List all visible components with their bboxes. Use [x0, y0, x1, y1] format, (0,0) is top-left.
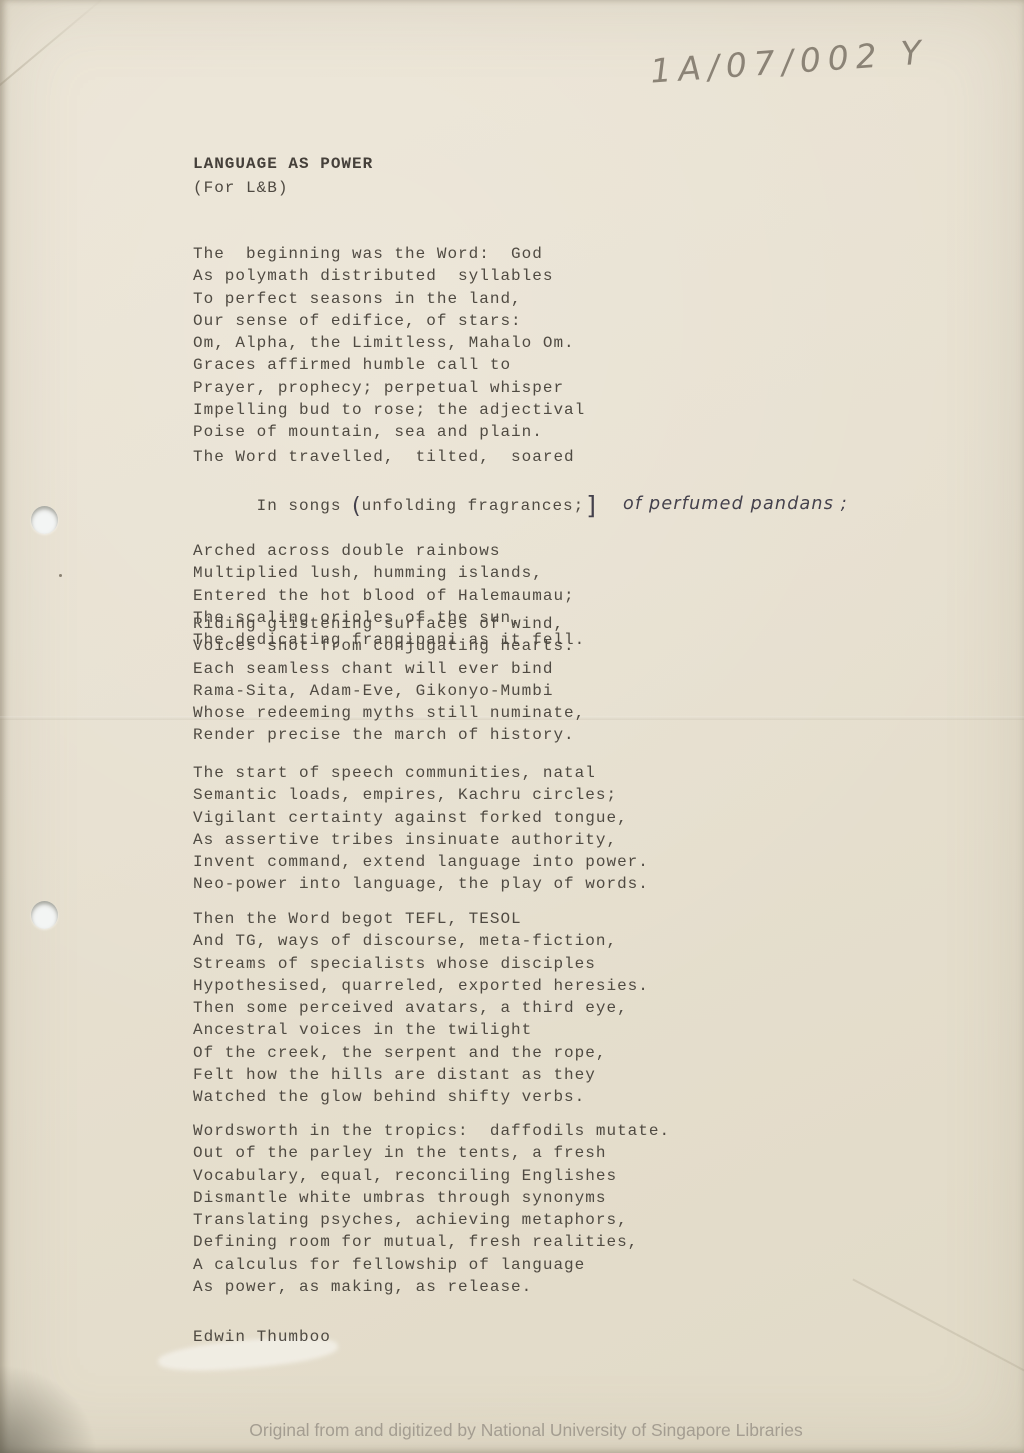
- poem-line: Watched the glow behind shifty verbs.: [193, 1086, 649, 1108]
- digitization-credit: Original from and digitized by National …: [0, 1420, 1024, 1441]
- stanza-6: Wordsworth in the tropics: daffodils mut…: [193, 1120, 670, 1298]
- poem-line: Arched across double rainbows: [193, 540, 848, 562]
- poem-line: As power, as making, as release.: [193, 1276, 670, 1298]
- poem-line: Neo-power into language, the play of wor…: [193, 873, 649, 895]
- handwritten-insertion: of perfumed pandans ;: [623, 494, 848, 514]
- poem-line: Then some perceived avatars, a third eye…: [193, 997, 649, 1019]
- poem-line: Translating psyches, achieving metaphors…: [193, 1209, 670, 1231]
- paper-speck: [59, 574, 62, 577]
- poem-line: As assertive tribes insinuate authority,: [193, 829, 649, 851]
- handwritten-close-bracket: ]: [586, 495, 597, 517]
- stanza-5: Then the Word begot TEFL, TESOLAnd TG, w…: [193, 908, 649, 1109]
- paper-crease-bottom-right: [852, 1278, 1024, 1383]
- poem-title: LANGUAGE AS POWER: [193, 152, 373, 176]
- author-signature: Edwin Thumboo: [193, 1326, 331, 1348]
- poem-line: Felt how the hills are distant as they: [193, 1064, 649, 1086]
- poem-line: Voices shot from conjugating hearts.: [193, 635, 585, 657]
- poem-line: Our sense of edifice, of stars:: [193, 310, 585, 332]
- poem-line: Vigilant certainty against forked tongue…: [193, 807, 649, 829]
- poem-line: The beginning was the Word: God: [193, 243, 585, 265]
- poem-line: Rama-Sita, Adam-Eve, Gikonyo-Mumbi: [193, 680, 585, 702]
- poem-line: Of the creek, the serpent and the rope,: [193, 1042, 649, 1064]
- poem-line: The Word travelled, tilted, soared: [193, 446, 848, 468]
- typed-fragment: unfolding fragrances;: [362, 497, 585, 515]
- stanza-3: Riding glistening surfaces of wind,Voice…: [193, 613, 585, 747]
- scanned-document-page: 1A/07/002 Y LANGUAGE AS POWER (For L&B) …: [0, 0, 1024, 1453]
- poem-line: A calculus for fellowship of language: [193, 1254, 670, 1276]
- poem-line: Prayer, prophecy; perpetual whisper: [193, 377, 585, 399]
- poem-line: Om, Alpha, the Limitless, Mahalo Om.: [193, 332, 585, 354]
- poem-dedication: (For L&B): [193, 176, 373, 200]
- typed-fragment: In songs: [257, 497, 352, 515]
- poem-line: Impelling bud to rose; the adjectival: [193, 399, 585, 421]
- poem-line: To perfect seasons in the land,: [193, 288, 585, 310]
- poem-line: Whose redeeming myths still numinate,: [193, 702, 585, 724]
- stanza-4: The start of speech communities, natalSe…: [193, 762, 649, 896]
- poem-line: Wordsworth in the tropics: daffodils mut…: [193, 1120, 670, 1142]
- handwritten-open-paren: (: [352, 494, 362, 519]
- poem-line: Streams of specialists whose disciples: [193, 953, 649, 975]
- archival-code-handwritten: 1A/07/002 Y: [649, 32, 929, 90]
- title-block: LANGUAGE AS POWER (For L&B): [193, 152, 373, 200]
- poem-line: Invent command, extend language into pow…: [193, 851, 649, 873]
- poem-line: Poise of mountain, sea and plain.: [193, 421, 585, 443]
- poem-line: Semantic loads, empires, Kachru circles;: [193, 784, 649, 806]
- paper-crease-top-left: [0, 0, 108, 92]
- poem-line: And TG, ways of discourse, meta-fiction,: [193, 930, 649, 952]
- poem-line: As polymath distributed syllables: [193, 265, 585, 287]
- poem-line: Each seamless chant will ever bind: [193, 658, 585, 680]
- poem-line: Hypothesised, quarreled, exported heresi…: [193, 975, 649, 997]
- poem-line: Riding glistening surfaces of wind,: [193, 613, 585, 635]
- poem-line: Ancestral voices in the twilight: [193, 1019, 649, 1041]
- poem-line: Multiplied lush, humming islands,: [193, 562, 848, 584]
- poem-line: The start of speech communities, natal: [193, 762, 649, 784]
- poem-line: Graces affirmed humble call to: [193, 354, 585, 376]
- poem-line: Out of the parley in the tents, a fresh: [193, 1142, 670, 1164]
- poem-line: Vocabulary, equal, reconciling Englishes: [193, 1165, 670, 1187]
- poem-line-with-emendation: In songs (unfolding fragrances;]of perfu…: [193, 468, 848, 540]
- stanza-1: The beginning was the Word: GodAs polyma…: [193, 243, 585, 444]
- poem-line: Then the Word begot TEFL, TESOL: [193, 908, 649, 930]
- poem-line: Defining room for mutual, fresh realitie…: [193, 1231, 670, 1253]
- poem-line: Dismantle white umbras through synonyms: [193, 1187, 670, 1209]
- poem-line: Render precise the march of history.: [193, 724, 585, 746]
- punch-hole-bottom: [31, 901, 58, 929]
- poem-line: Entered the hot blood of Halemaumau;: [193, 585, 848, 607]
- punch-hole-top: [31, 506, 58, 534]
